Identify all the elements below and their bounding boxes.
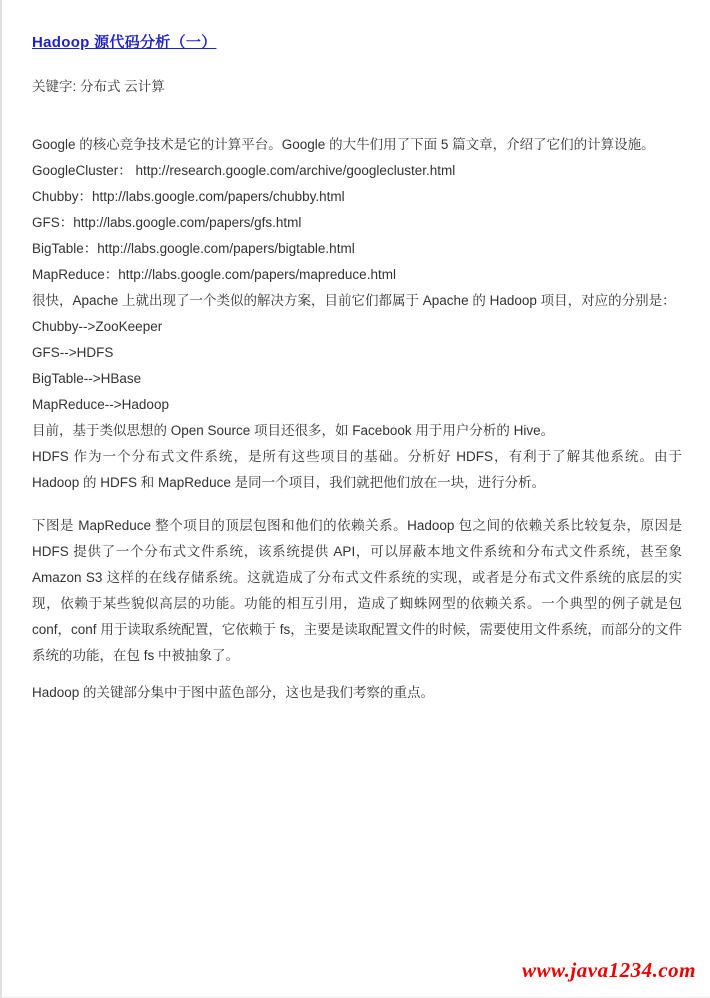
mapping-line-chubby-zookeeper: Chubby-->ZooKeeper — [32, 314, 682, 340]
document-content: Hadoop 源代码分析（一） 关键字: 分布式 云计算 Google 的核心竞… — [2, 0, 710, 706]
mapping-line-mapreduce-hadoop: MapReduce-->Hadoop — [32, 392, 682, 418]
paragraph-key-blue-parts: Hadoop 的关键部分集中于图中蓝色部分，这也是我们考察的重点。 — [32, 680, 682, 706]
url-line-mapreduce: MapReduce：http://labs.google.com/papers/… — [32, 262, 682, 288]
url-line-googlecluster: GoogleCluster： http://research.google.co… — [32, 158, 682, 184]
url-line-chubby: Chubby：http://labs.google.com/papers/chu… — [32, 184, 682, 210]
url-line-bigtable: BigTable：http://labs.google.com/papers/b… — [32, 236, 682, 262]
paragraph-package-dependencies: 下图是 MapReduce 整个项目的顶层包图和他们的依赖关系。Hadoop 包… — [32, 513, 682, 669]
mapping-line-bigtable-hbase: BigTable-->HBase — [32, 366, 682, 392]
document-title-link[interactable]: Hadoop 源代码分析（一） — [32, 34, 682, 52]
mapping-line-gfs-hdfs: GFS-->HDFS — [32, 340, 682, 366]
document-page: Hadoop 源代码分析（一） 关键字: 分布式 云计算 Google 的核心竞… — [0, 0, 710, 998]
watermark-site-url: www.java1234.com — [522, 958, 696, 983]
paragraph-apache-solution: 很快，Apache 上就出现了一个类似的解决方案，目前它们都属于 Apache … — [32, 288, 682, 314]
paragraph-google-intro: Google 的核心竞争技术是它的计算平台。Google 的大牛们用了下面 5 … — [32, 132, 682, 158]
paragraph-open-source-hive: 目前，基于类似思想的 Open Source 项目还很多，如 Facebook … — [32, 418, 682, 444]
paragraph-hdfs-basis: HDFS 作为一个分布式文件系统，是所有这些项目的基础。分析好 HDFS，有利于… — [32, 444, 682, 496]
url-line-gfs: GFS：http://labs.google.com/papers/gfs.ht… — [32, 210, 682, 236]
keywords-line: 关键字: 分布式 云计算 — [32, 74, 682, 100]
